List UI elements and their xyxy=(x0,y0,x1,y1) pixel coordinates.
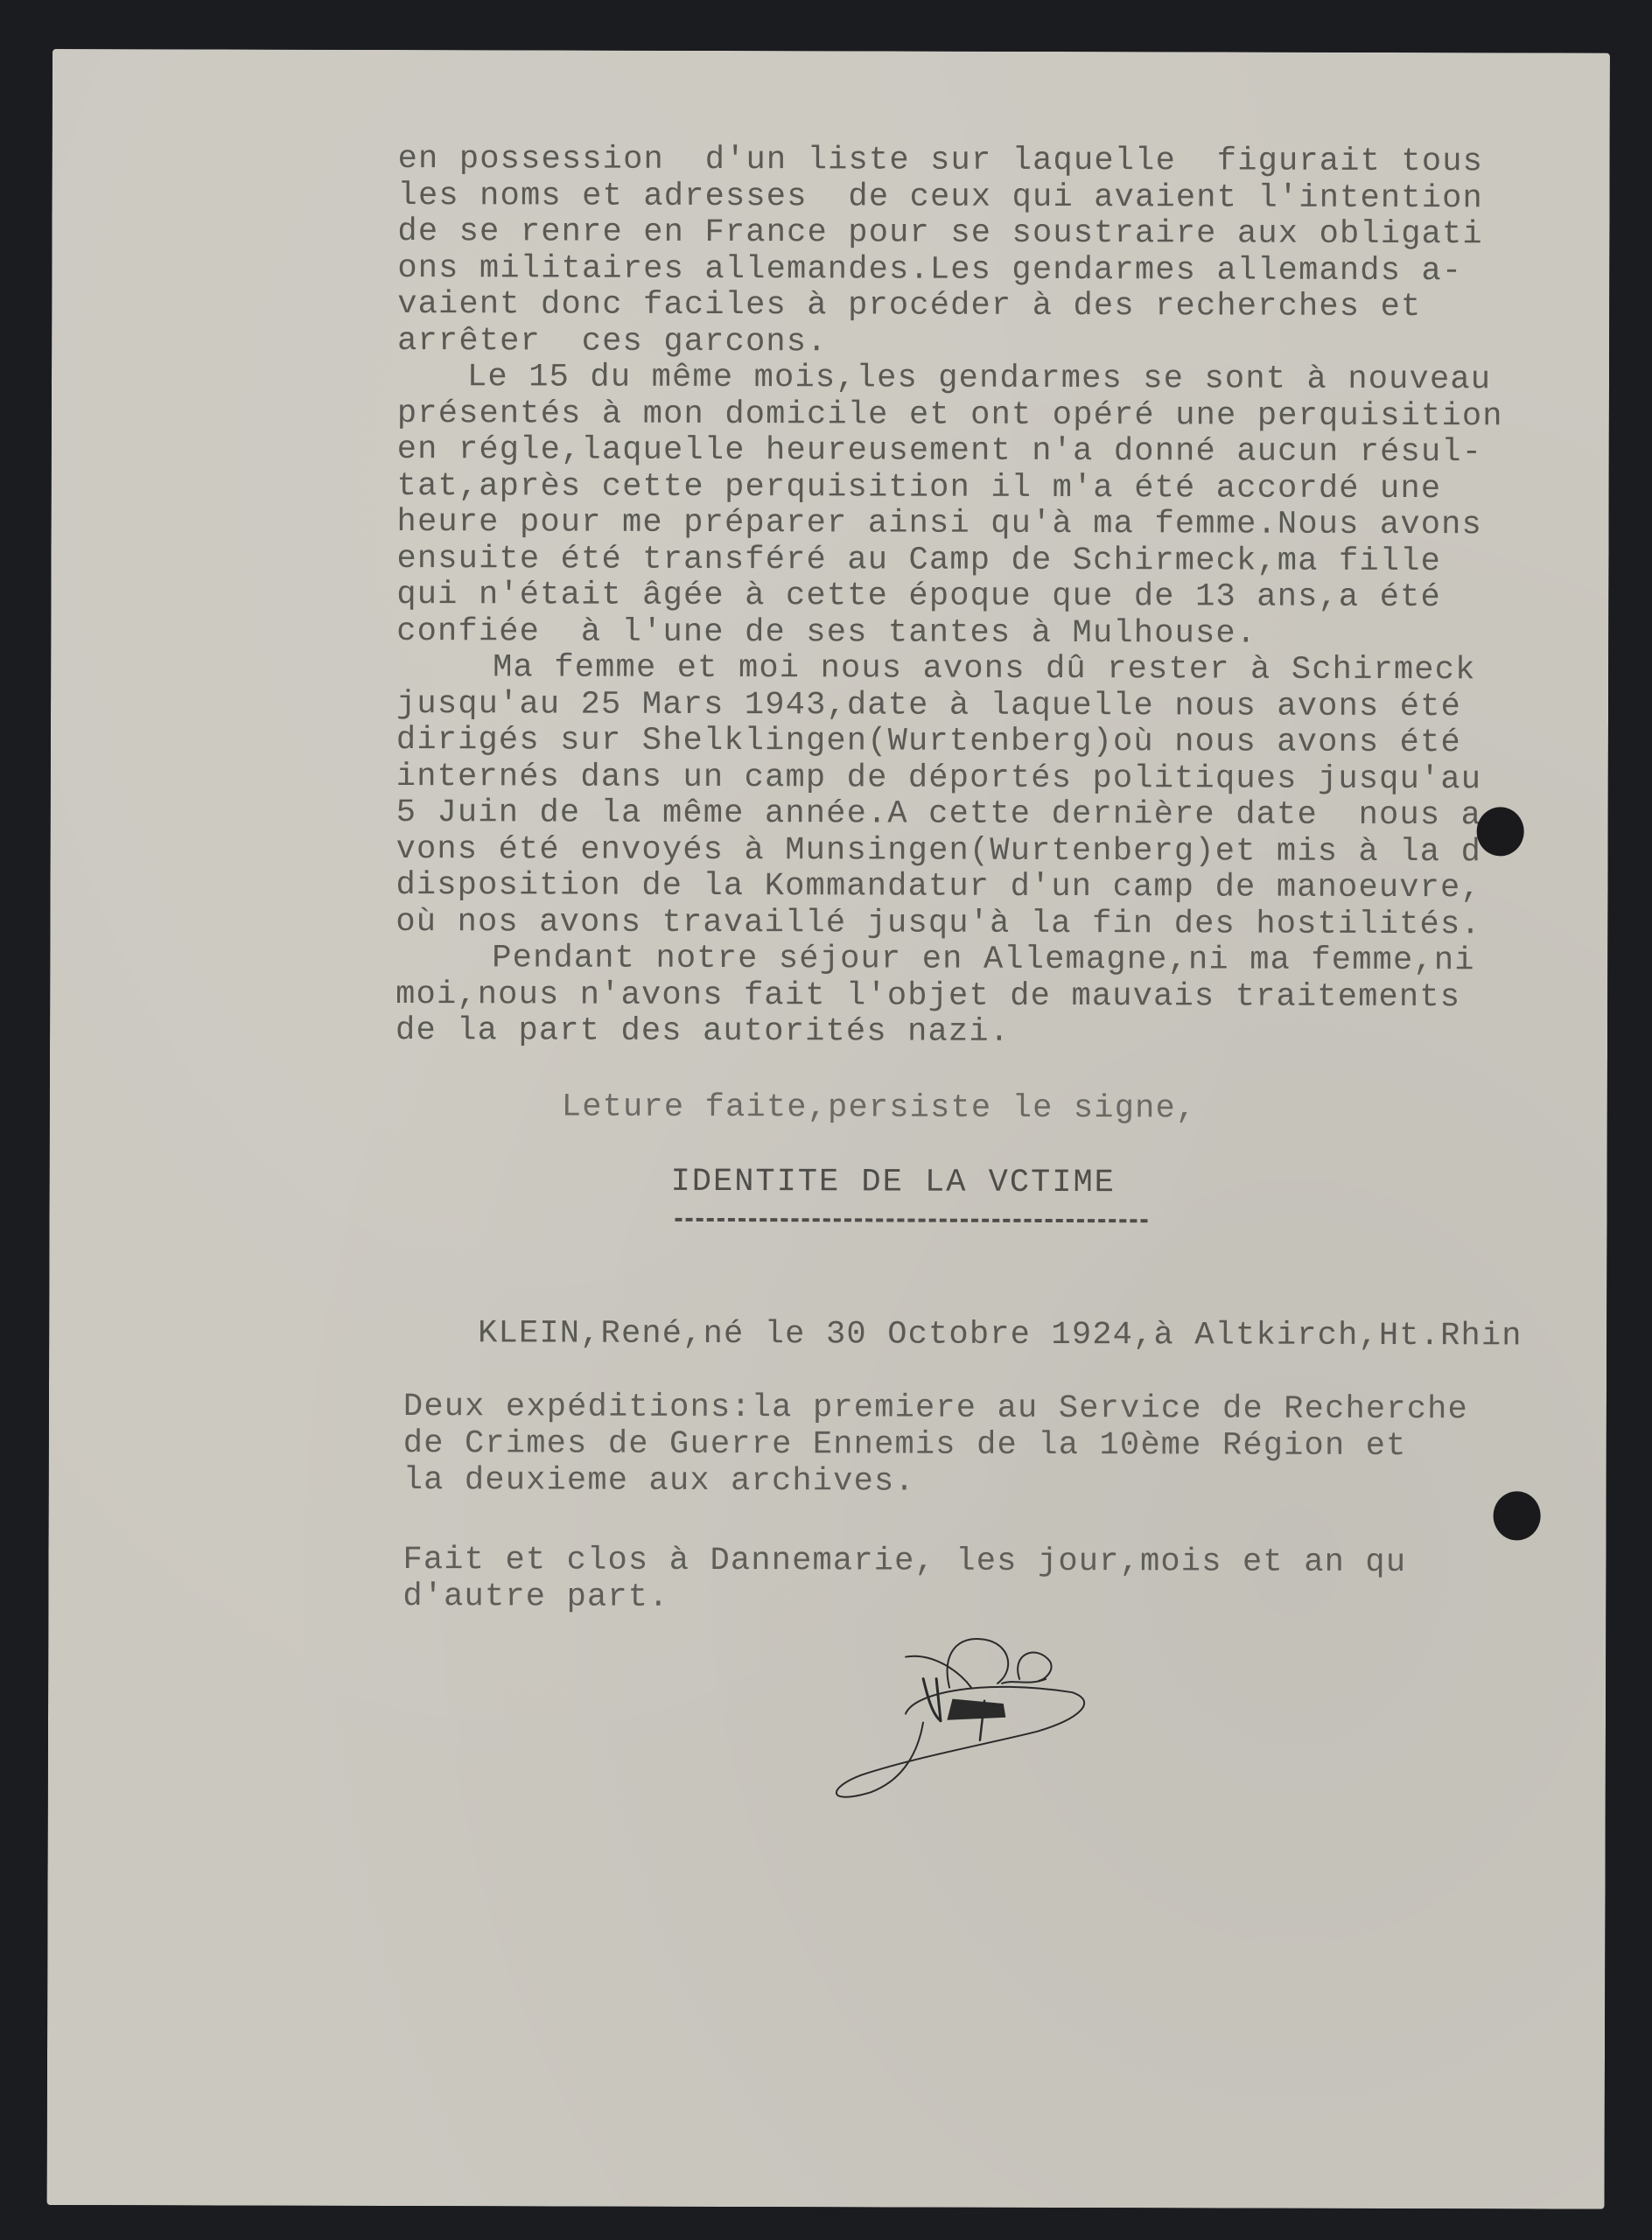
punch-hole-lower xyxy=(1494,1491,1541,1540)
statement-body: en possession d'un liste sur laquelle fi… xyxy=(395,142,1623,1053)
distribution-line: Deux expéditions:la premiere au Service … xyxy=(403,1389,1468,1428)
body-line: moi,nous n'avons fait l'objet de mauvais… xyxy=(395,977,1620,1017)
body-line: de la part des autorités nazi. xyxy=(395,1013,1620,1053)
body-line: heure pour me préparer ainsi qu'à ma fem… xyxy=(397,505,1622,544)
body-line: confiée à l'une de ses tantes à Mulhouse… xyxy=(396,614,1621,654)
body-line: ons militaires allemandes.Les gendarmes … xyxy=(397,251,1622,290)
closing-formula: Leture faite,persiste le signe, xyxy=(562,1089,1197,1128)
body-line: jusqu'au 25 Mars 1943,date à laquelle no… xyxy=(396,687,1621,726)
body-line: présentés à mon domicile et ont opéré un… xyxy=(397,396,1622,436)
place-date-clause: Fait et clos à Dannemarie, les jour,mois… xyxy=(402,1542,1406,1618)
section-heading: IDENTITE DE LA VCTIME xyxy=(671,1164,1116,1201)
body-line: arrêter ces garcons. xyxy=(397,324,1622,363)
body-line: tat,après cette perquisition il m'a été … xyxy=(397,469,1622,508)
paragraph-start: Pendant notre séjour en Allemagne,ni ma … xyxy=(395,941,1620,980)
victim-identity: KLEIN,René,né le 30 Octobre 1924,à Altki… xyxy=(478,1315,1522,1354)
distribution-note: Deux expéditions:la premiere au Service … xyxy=(403,1389,1468,1501)
body-line: qui n'était âgée à cette époque que de 1… xyxy=(396,577,1621,617)
punch-hole-upper xyxy=(1477,807,1524,856)
handwritten-signature-icon xyxy=(809,1617,1090,1802)
body-line: les noms et adresses de ceux qui avaient… xyxy=(398,178,1623,218)
body-line: en possession d'un liste sur laquelle fi… xyxy=(398,142,1623,181)
body-line: dirigés sur Shelklingen(Wurtenberg)où no… xyxy=(396,723,1621,762)
body-line: internés dans un camp de déportés politi… xyxy=(396,759,1621,799)
body-line: ensuite été transféré au Camp de Schirme… xyxy=(396,542,1621,581)
body-line: vons été envoyés à Munsingen(Wurtenberg)… xyxy=(396,832,1621,871)
body-line: où nos avons travaillé jusqu'à la fin de… xyxy=(395,905,1620,944)
body-line: disposition de la Kommandatur d'un camp … xyxy=(395,868,1620,907)
heading-underline xyxy=(675,1218,1147,1222)
body-line: de se renre en France pour se soustraire… xyxy=(397,214,1622,254)
paragraph-start: Ma femme et moi nous avons dû rester à S… xyxy=(396,650,1621,689)
paragraph-start: Le 15 du même mois,les gendarmes se sont… xyxy=(397,360,1622,399)
document-page: en possession d'un liste sur laquelle fi… xyxy=(47,49,1610,2209)
distribution-line: la deuxieme aux archives. xyxy=(403,1462,1468,1501)
body-line: 5 Juin de la même année.A cette dernière… xyxy=(396,795,1621,835)
place-date-line: d'autre part. xyxy=(402,1578,1406,1618)
place-date-line: Fait et clos à Dannemarie, les jour,mois… xyxy=(402,1542,1406,1581)
body-line: en régle,laquelle heureusement n'a donné… xyxy=(397,432,1622,472)
distribution-line: de Crimes de Guerre Ennemis de la 10ème … xyxy=(403,1425,1468,1465)
body-line: vaient donc faciles à procéder à des rec… xyxy=(397,287,1622,326)
